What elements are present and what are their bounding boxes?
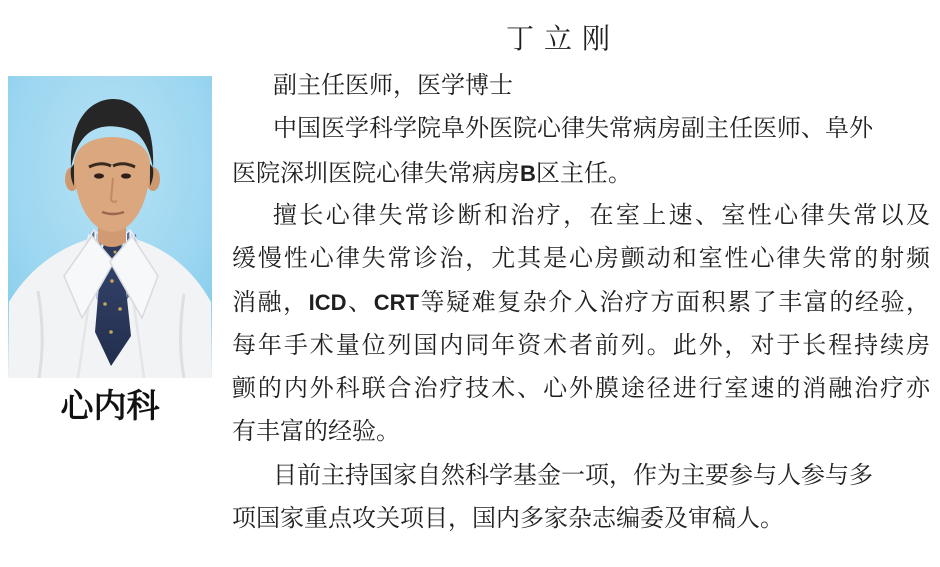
bio-run: 医院深圳医院心律失常病房 — [232, 161, 520, 187]
doctor-portrait-image — [8, 76, 212, 378]
bio-run: 区主任。 — [536, 161, 632, 187]
bio-run-bold: CRT — [374, 290, 419, 315]
bio-text: 副主任医师，医学博士中国医学科学院阜外医院心律失常病房副主任医师、阜外医院深圳医… — [232, 65, 930, 541]
doctor-name: 丁立刚 — [232, 17, 930, 63]
bio-line: 缓慢性心律失常诊治，尤其是心房颤动和室性心律失常的射频 — [232, 238, 930, 281]
bio-line: 每年手术量位列国内同年资术者前列。此外，对于长程持续房 — [232, 325, 930, 368]
bio-run: 等疑难复杂介入治疗方面积累了丰富的经验， — [419, 290, 930, 316]
bio-column: 丁立刚 副主任医师，医学博士中国医学科学院阜外医院心律失常病房副主任医师、阜外医… — [232, 17, 930, 541]
bio-line: 颤的内外科联合治疗技术、心外膜途径进行室速的消融治疗亦 — [232, 368, 930, 411]
bio-line: 消融，ICD、CRT等疑难复杂介入治疗方面积累了丰富的经验， — [232, 281, 930, 324]
bio-run: 擅长心律失常诊断和治疗，在室上速、室性心律失常以及 — [273, 203, 930, 229]
bio-run: 副主任医师，医学博士 — [273, 73, 513, 99]
bio-run: 有丰富的经验。 — [232, 419, 400, 445]
department-label: 心内科 — [8, 386, 212, 426]
bio-run: 项国家重点攻关项目，国内多家杂志编委及审稿人。 — [232, 506, 784, 532]
bio-run: 每年手术量位列国内同年资术者前列。此外，对于长程持续房 — [232, 333, 930, 359]
bio-line: 有丰富的经验。 — [232, 411, 930, 454]
bio-run: 中国医学科学院阜外医院心律失常病房副主任医师、阜外 — [273, 116, 873, 142]
bio-run: 、 — [347, 290, 374, 316]
bio-line: 擅长心律失常诊断和治疗，在室上速、室性心律失常以及 — [232, 195, 930, 238]
bio-run: 颤的内外科联合治疗技术、心外膜途径进行室速的消融治疗亦 — [232, 376, 930, 402]
bio-line: 副主任医师，医学博士 — [232, 65, 930, 108]
bio-line: 目前主持国家自然科学基金一项，作为主要参与人参与多 — [232, 455, 930, 498]
doctor-photo — [8, 76, 212, 378]
bio-run-bold: B — [520, 161, 536, 186]
bio-line: 医院深圳医院心律失常病房B区主任。 — [232, 152, 930, 195]
bio-run: 目前主持国家自然科学基金一项，作为主要参与人参与多 — [273, 463, 873, 489]
bio-line: 中国医学科学院阜外医院心律失常病房副主任医师、阜外 — [232, 108, 930, 151]
bio-run-bold: ICD — [309, 290, 347, 315]
bio-run: 缓慢性心律失常诊治，尤其是心房颤动和室性心律失常的射频 — [232, 246, 930, 272]
bio-line: 项国家重点攻关项目，国内多家杂志编委及审稿人。 — [232, 498, 930, 541]
bio-run: 消融， — [232, 290, 309, 316]
doctor-profile-page: 心内科 丁立刚 副主任医师，医学博士中国医学科学院阜外医院心律失常病房副主任医师… — [0, 0, 940, 567]
